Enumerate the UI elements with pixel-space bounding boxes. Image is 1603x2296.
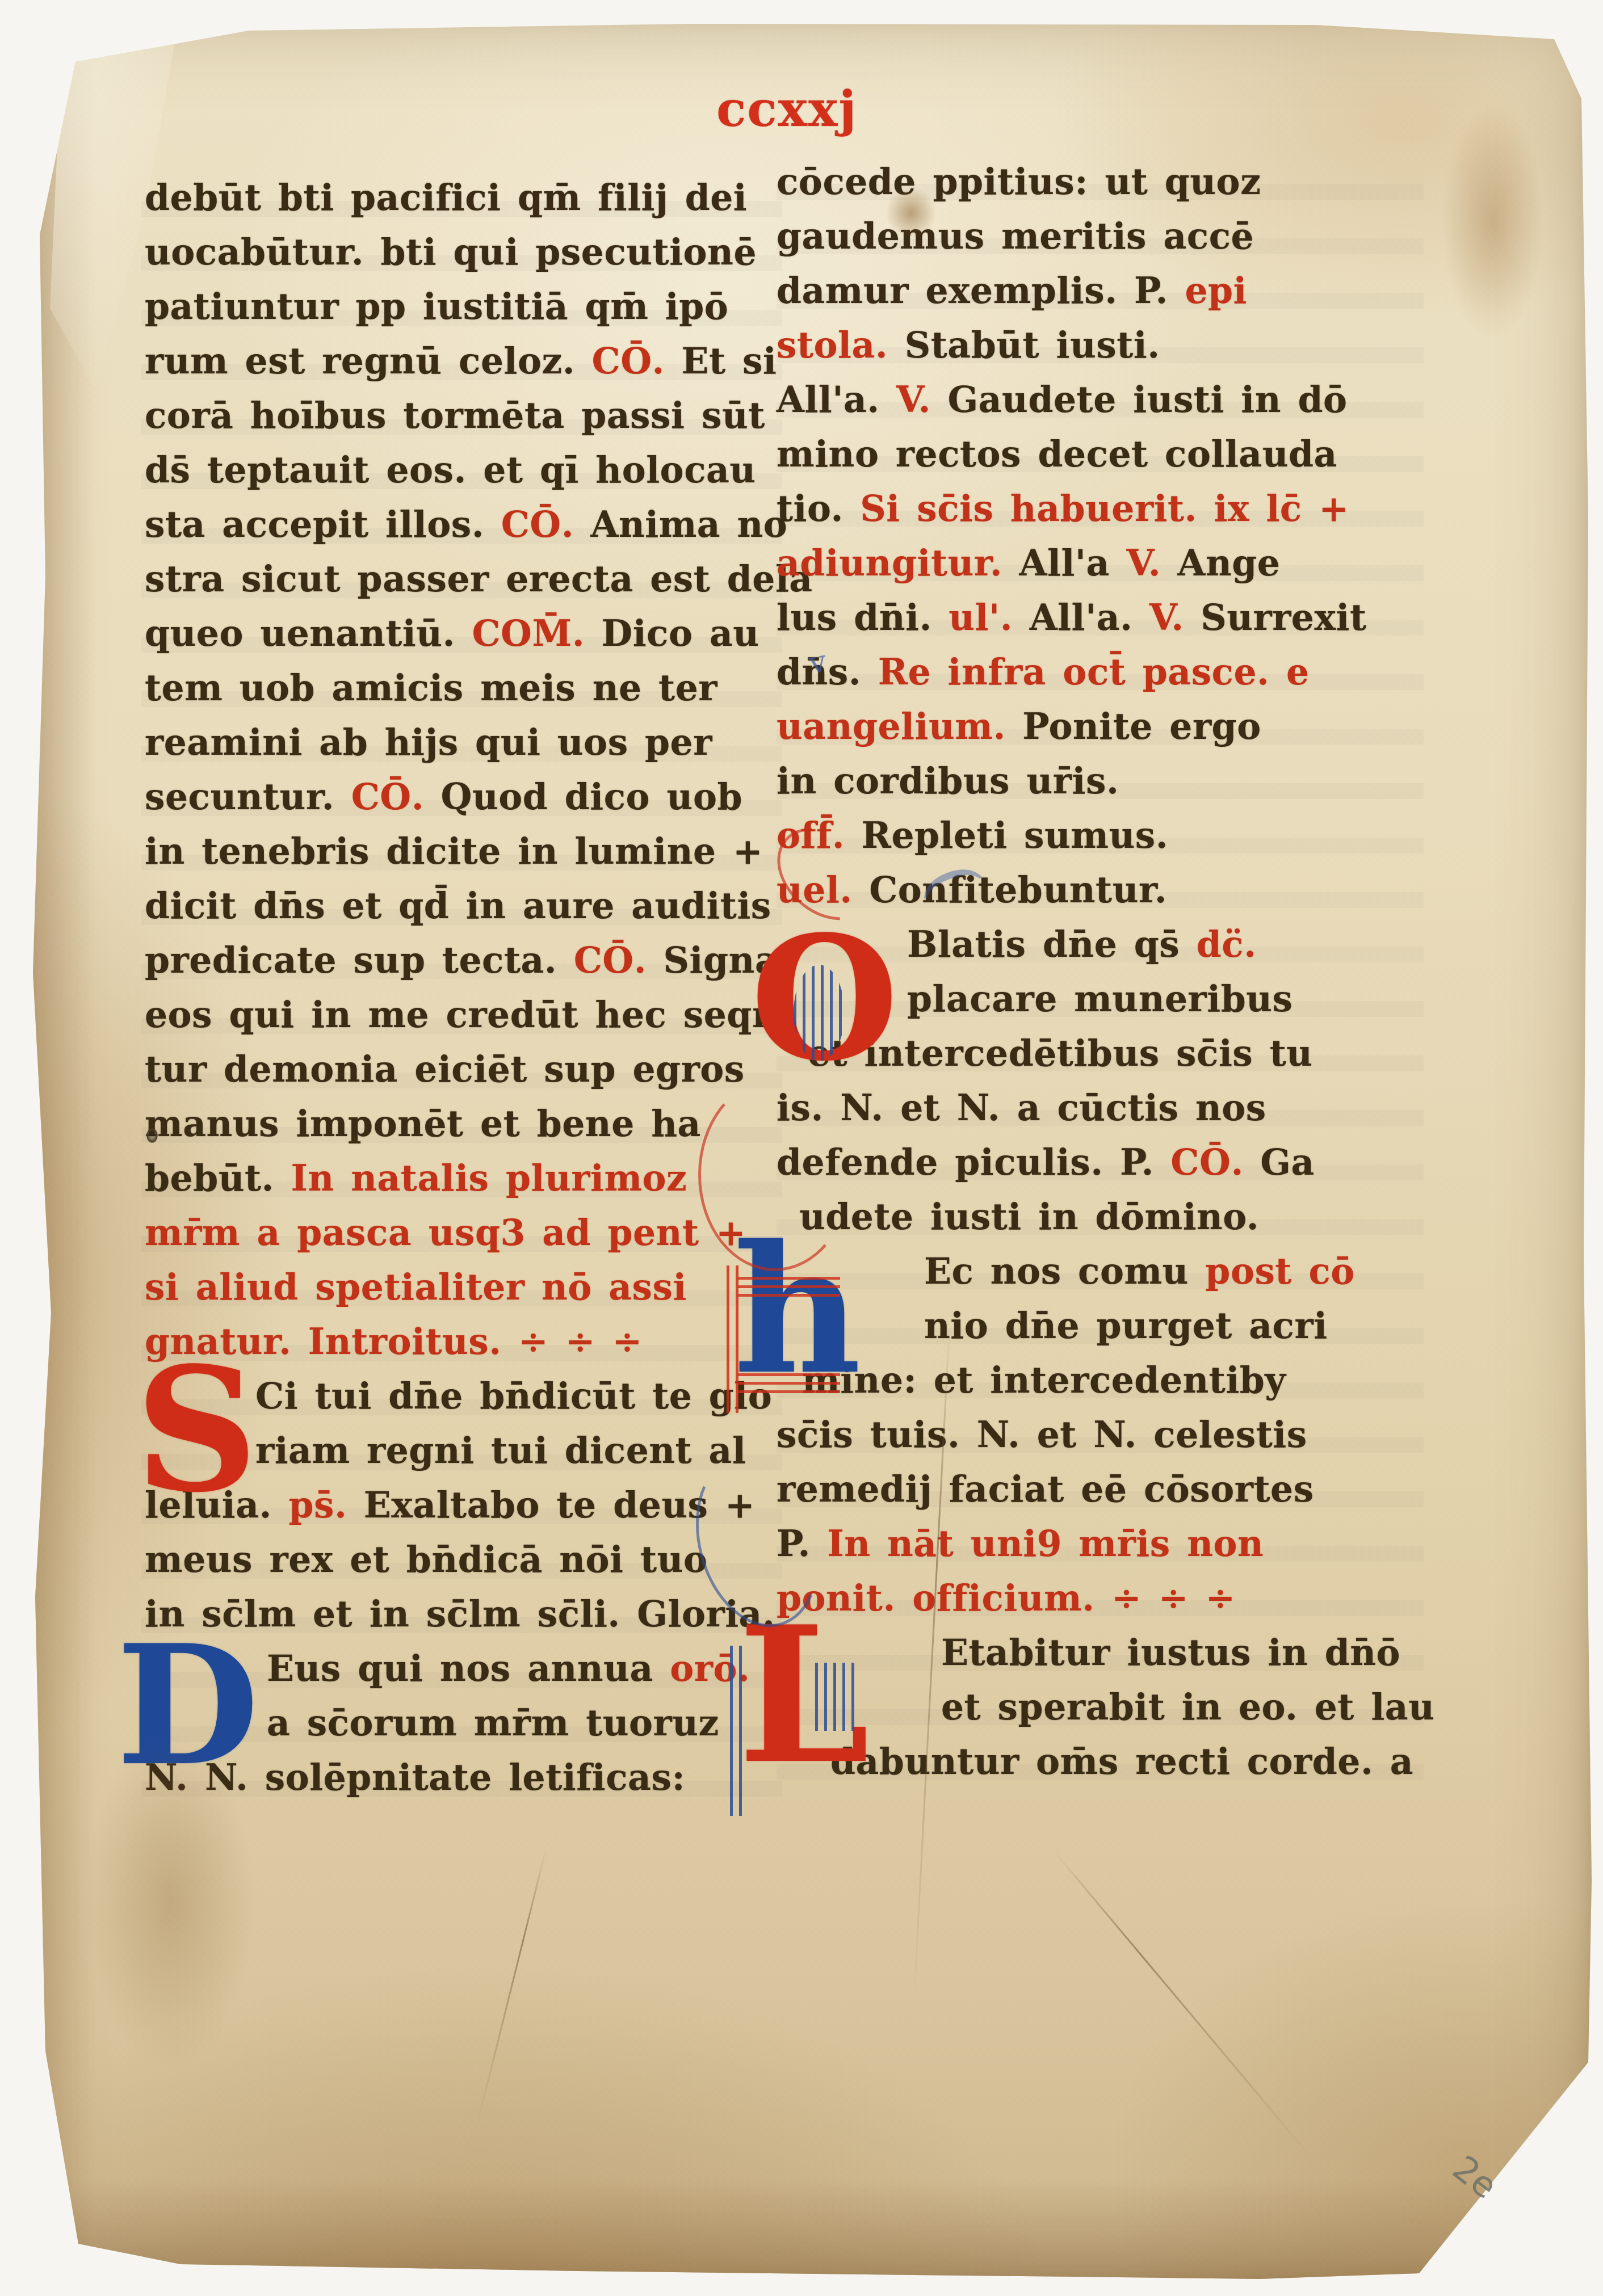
text-segment: ul'. [949,596,1029,638]
text-segment: sc̄is tuis. N. et N. celestis [777,1414,1307,1456]
stain-small [886,187,937,238]
text-segment: lus dn̄i. [777,596,949,638]
penwork-blue-left-of-L-icon [730,1646,744,1816]
text-segment: patiuntur pp iustitiā qm̄ ipō [145,285,728,327]
text-segment: nio dn̄e purget acri [924,1305,1328,1347]
text-line: mr̄m a pasca usq3 ad pent + [145,1205,763,1260]
text-segment: dc̈. [1197,923,1257,965]
text-segment: et sperabit in eo. et lau [941,1686,1434,1728]
text-segment: stola. [777,324,905,366]
text-segment: gaudemus meritis accē [777,215,1254,257]
text-line: Ec nos comu post cō [777,1244,1409,1298]
text-segment: CŌ. [1170,1141,1260,1183]
text-segment: sta accepit illos. [145,503,501,545]
text-segment: Anima no [591,503,788,545]
text-line: dabuntur om̄s recti corde. a [777,1734,1409,1789]
text-line: dn̄s. Re infra oct̄ pasce. e [777,645,1409,699]
text-line: debūt bti pacifici qm̄ filij dei [145,170,763,225]
text-line: sc̄is tuis. N. et N. celestis [777,1407,1409,1462]
text-line: queo uenantiū. COM̄. Dico au [145,606,763,661]
stain-bottom-left [85,1731,255,2071]
text-segment: udete iusti in dōmino. [799,1196,1259,1238]
text-segment: In natalis plurimoz [291,1157,687,1199]
text-line: lus dn̄i. ul'. All'a. V. Surrexit [777,590,1409,645]
text-segment: cōcede ppitius: ut quoz [777,161,1261,203]
text-segment: reamini ab hijs qui uos per [145,721,712,763]
text-line: si aliud spetialiter nō assi [145,1260,763,1314]
text-segment: uangelium. [777,705,1022,747]
text-line: off̄. Repleti sumus. [777,808,1409,863]
text-segment: placare muneribus [907,978,1293,1020]
text-segment: a sc̄orum mr̄m tuoruz [267,1702,719,1744]
text-segment: queo uenantiū. [145,612,472,654]
text-segment: Ec nos comu [924,1250,1205,1292]
text-segment: Etabitur iustus in dn̄ō [941,1631,1400,1673]
text-line: ds̄ teptauit eos. et qī holocau [145,443,763,497]
text-segment: corā hoībus tormēta passi sūt [145,394,765,436]
text-line: udete iusti in dōmino. [777,1189,1409,1244]
text-line: stola. Stabūt iusti. [777,318,1409,372]
text-segment: riam regni tui dicent al [255,1429,746,1471]
text-segment: Ci tui dn̄e bn̄dicūt te glo [255,1375,772,1417]
text-line: defende piculis. P. CŌ. Ga [777,1135,1409,1189]
text-segment: dicit dn̄s et qd̄ in aure auditis [145,885,771,927]
text-line: tem uob amicis meis ne ter [145,661,763,715]
text-segment: uocabūtur. bti qui psecutionē [145,231,757,273]
text-line: in tenebris dicite in lumine + [145,824,763,878]
text-segment: Gaudete iusti in dō [947,379,1347,420]
text-segment: adiungitur. [777,542,1019,584]
text-segment: debūt bti pacifici qm̄ filij dei [145,176,747,218]
text-segment: COM̄. [472,612,601,654]
penwork-red-left-of-H-icon [727,1265,740,1413]
text-segment: dabuntur om̄s recti corde. a [830,1740,1413,1782]
text-segment: Dico au [602,612,759,654]
text-segment: stra sicut passer erecta est dela [145,558,813,600]
text-line: uocabūtur. bti qui psecutionē [145,225,763,279]
text-segment: CŌ. [592,340,682,382]
text-line: P. In nāt uni9 mr̄is non [777,1516,1409,1571]
text-line: meus rex et bn̄dicā nōi tuo [145,1532,763,1587]
text-line: tur demonia eiciēt sup egros [145,1042,763,1096]
text-line: gaudemus meritis accē [777,209,1409,263]
text-segment: bebūt. [145,1157,291,1199]
text-segment: mr̄m a pasca usq3 ad pent + [145,1212,746,1254]
text-segment: Stabūt iusti. [905,324,1160,366]
text-line: uangelium. Ponite ergo [777,699,1409,754]
text-segment: remedij faciat eē cōsortes [777,1468,1314,1510]
penwork-red-under-H-icon [738,1373,840,1396]
text-line: nio dn̄e purget acri [777,1298,1409,1353]
text-segment: Ga [1260,1141,1315,1183]
text-segment: tur demonia eiciēt sup egros [145,1048,745,1090]
text-segment: mine: et intercedentiby [802,1359,1286,1401]
text-line: mine: et intercedentiby [777,1353,1409,1407]
text-line: remedij faciat eē cōsortes [777,1462,1409,1516]
text-line: secuntur. CŌ. Quod dico uob [145,769,763,824]
text-line: manus imponēt et bene ha [145,1096,763,1151]
text-line: corā hoībus tormēta passi sūt [145,388,763,443]
text-segment: CŌ. [351,776,441,818]
text-segment: epi [1185,270,1247,312]
text-line: et sperabit in eo. et lau [777,1680,1409,1734]
text-line: dicit dn̄s et qd̄ in aure auditis [145,878,763,933]
text-segment: secuntur. [145,776,351,818]
text-segment: tem uob amicis meis ne ter [145,667,717,709]
text-segment: All'a [1019,542,1127,584]
text-segment: manus imponēt et bene ha [145,1103,701,1145]
wormhole [146,1128,158,1143]
text-segment: post cō [1205,1250,1354,1292]
text-segment: Blatis dn̄e qs̄ [907,923,1197,965]
text-line: adiungitur. All'a V. Ange [777,536,1409,590]
text-line: reamini ab hijs qui uos per [145,715,763,769]
text-segment: In nāt uni9 mr̄is non [827,1523,1264,1565]
text-column-left: debūt bti pacifici qm̄ filij deiuocabūtu… [145,170,763,1805]
text-line: cōcede ppitius: ut quoz [777,154,1409,209]
text-segment: Confitebuntur. [869,869,1167,911]
text-segment: V. [1126,542,1177,584]
text-segment: mino rectos decet collauda [777,433,1337,475]
initial-S: S [135,1362,258,1498]
text-line: bebūt. In natalis plurimoz [145,1151,763,1205]
text-segment: CŌ. [574,939,664,981]
text-segment: ds̄ teptauit eos. et qī holocau [145,449,756,491]
text-line: patiuntur pp iustitiā qm̄ ipō [145,279,763,334]
text-line: damur exemplis. P. epi [777,263,1409,318]
text-segment: Surrexit [1201,596,1366,638]
text-line: predicate sup tecta. CŌ. Signa [145,933,763,987]
text-segment: meus rex et bn̄dicā nōi tuo [145,1538,707,1580]
text-segment: predicate sup tecta. [145,939,574,981]
text-segment: Eus qui nos annua [267,1647,670,1689]
text-segment: ps̄. [288,1484,363,1526]
text-line: sta accepit illos. CŌ. Anima no [145,497,763,552]
text-segment: V. [1149,596,1201,638]
text-line: rum est regnū celoz. CŌ. Et si [145,334,763,388]
text-segment: All'a. [1030,596,1149,638]
text-line: eos qui in me credūt hec seqn̄ [145,987,763,1042]
text-segment: si aliud spetialiter nō assi [145,1266,687,1308]
leaf-bottom-edge-shading [10,2178,1595,2286]
text-line: ponit. officium. ÷ ÷ ÷ [777,1571,1409,1625]
text-line: mino rectos decet collauda [777,427,1409,481]
text-segment: Quod dico uob [441,776,742,818]
text-segment: Et si [681,340,777,382]
red-flourish-curl-icon [698,1078,851,1271]
text-segment: Si sc̄is habuerit. ix lc̄ + [860,487,1349,529]
text-line: in cordibus ur̄is. [777,754,1409,808]
text-line: stra sicut passer erecta est dela [145,552,763,606]
text-segment: in tenebris dicite in lumine + [145,830,763,872]
text-segment: Ponite ergo [1022,705,1261,747]
penwork-red-over-H-icon [738,1277,840,1300]
text-segment: in cordibus ur̄is. [777,760,1119,802]
text-segment: Repleti sumus. [862,814,1169,856]
text-line: Etabitur iustus in dn̄ō [777,1625,1409,1680]
text-segment: All'a. [777,379,896,420]
text-segment: damur exemplis. P. [777,270,1185,312]
folio-number: ccxxj [716,81,857,138]
text-segment: V. [896,379,947,420]
text-segment: Re infra oct̄ pasce. e [878,651,1310,693]
text-segment: rum est regnū celoz. [145,340,592,382]
text-segment: Ange [1178,542,1281,584]
text-segment: tio. [777,487,860,529]
penwork-blue-in-L-icon [815,1663,855,1731]
penwork-blue-in-O-icon [794,965,845,1061]
stain-top-right [1442,102,1544,340]
text-line: tio. Si sc̄is habuerit. ix lc̄ + [777,481,1409,536]
text-segment: CŌ. [501,503,591,545]
text-segment: eos qui in me credūt hec seqn̄ [145,994,778,1036]
text-line: All'a. V. Gaudete iusti in dō [777,372,1409,427]
